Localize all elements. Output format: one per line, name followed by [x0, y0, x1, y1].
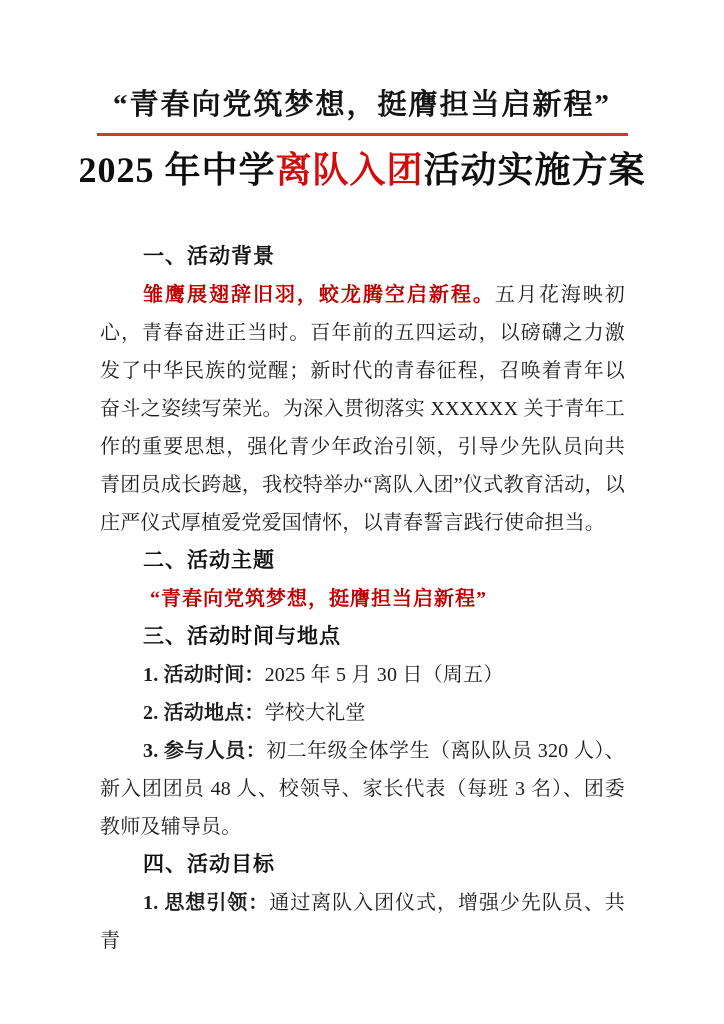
background-lead-red-sentence: 雏鹰展翅辞旧羽，蛟龙腾空启新程。: [143, 284, 495, 306]
item-activity-place-label: 2. 活动地点：: [143, 702, 265, 724]
item-activity-place-value: 学校大礼堂: [265, 702, 366, 724]
section-heading-background: 一、活动背景: [100, 238, 625, 276]
quote-title: “青春向党筑梦想，挺膺担当启新程”: [0, 84, 724, 126]
item-goal-ideology-label: 1. 思想引领：: [143, 892, 269, 914]
item-activity-time: 1. 活动时间：2025 年 5 月 30 日（周五）: [100, 656, 625, 694]
background-paragraph: 雏鹰展翅辞旧羽，蛟龙腾空启新程。五月花海映初心，青春奋进正当时。百年前的五四运动…: [100, 276, 625, 542]
document-header: “青春向党筑梦想，挺膺担当启新程” 2025 年中学离队入团活动实施方案: [0, 0, 724, 195]
item-activity-place: 2. 活动地点：学校大礼堂: [100, 694, 625, 732]
background-paragraph-text: 五月花海映初心，青春奋进正当时。百年前的五四运动，以磅礴之力激发了中华民族的觉醒…: [100, 284, 625, 534]
theme-quote-red: “青春向党筑梦想，挺膺担当启新程”: [100, 580, 625, 618]
red-divider-rule: [97, 133, 628, 136]
item-participants: 3. 参与人员：初二年级全体学生（离队队员 320 人）、新入团团员 48 人、…: [100, 732, 625, 846]
section-heading-theme: 二、活动主题: [100, 542, 625, 580]
section-heading-goals: 四、活动目标: [100, 846, 625, 884]
item-goal-ideology: 1. 思想引领：通过离队入团仪式，增强少先队员、共青: [100, 884, 625, 960]
document-body: 一、活动背景 雏鹰展翅辞旧羽，蛟龙腾空启新程。五月花海映初心，青春奋进正当时。百…: [100, 238, 625, 960]
section-heading-time-location: 三、活动时间与地点: [100, 618, 625, 656]
item-activity-time-label: 1. 活动时间：: [143, 664, 265, 686]
item-activity-time-value: 2025 年 5 月 30 日（周五）: [265, 664, 504, 686]
document-page: “青春向党筑梦想，挺膺担当启新程” 2025 年中学离队入团活动实施方案 一、活…: [0, 0, 724, 1024]
page-title-suffix: 活动实施方案: [424, 150, 646, 190]
page-title-prefix: 2025 年中学: [78, 150, 275, 190]
item-participants-label: 3. 参与人员：: [143, 740, 266, 762]
page-title: 2025 年中学离队入团活动实施方案: [0, 145, 724, 195]
page-title-highlight: 离队入团: [275, 150, 423, 190]
